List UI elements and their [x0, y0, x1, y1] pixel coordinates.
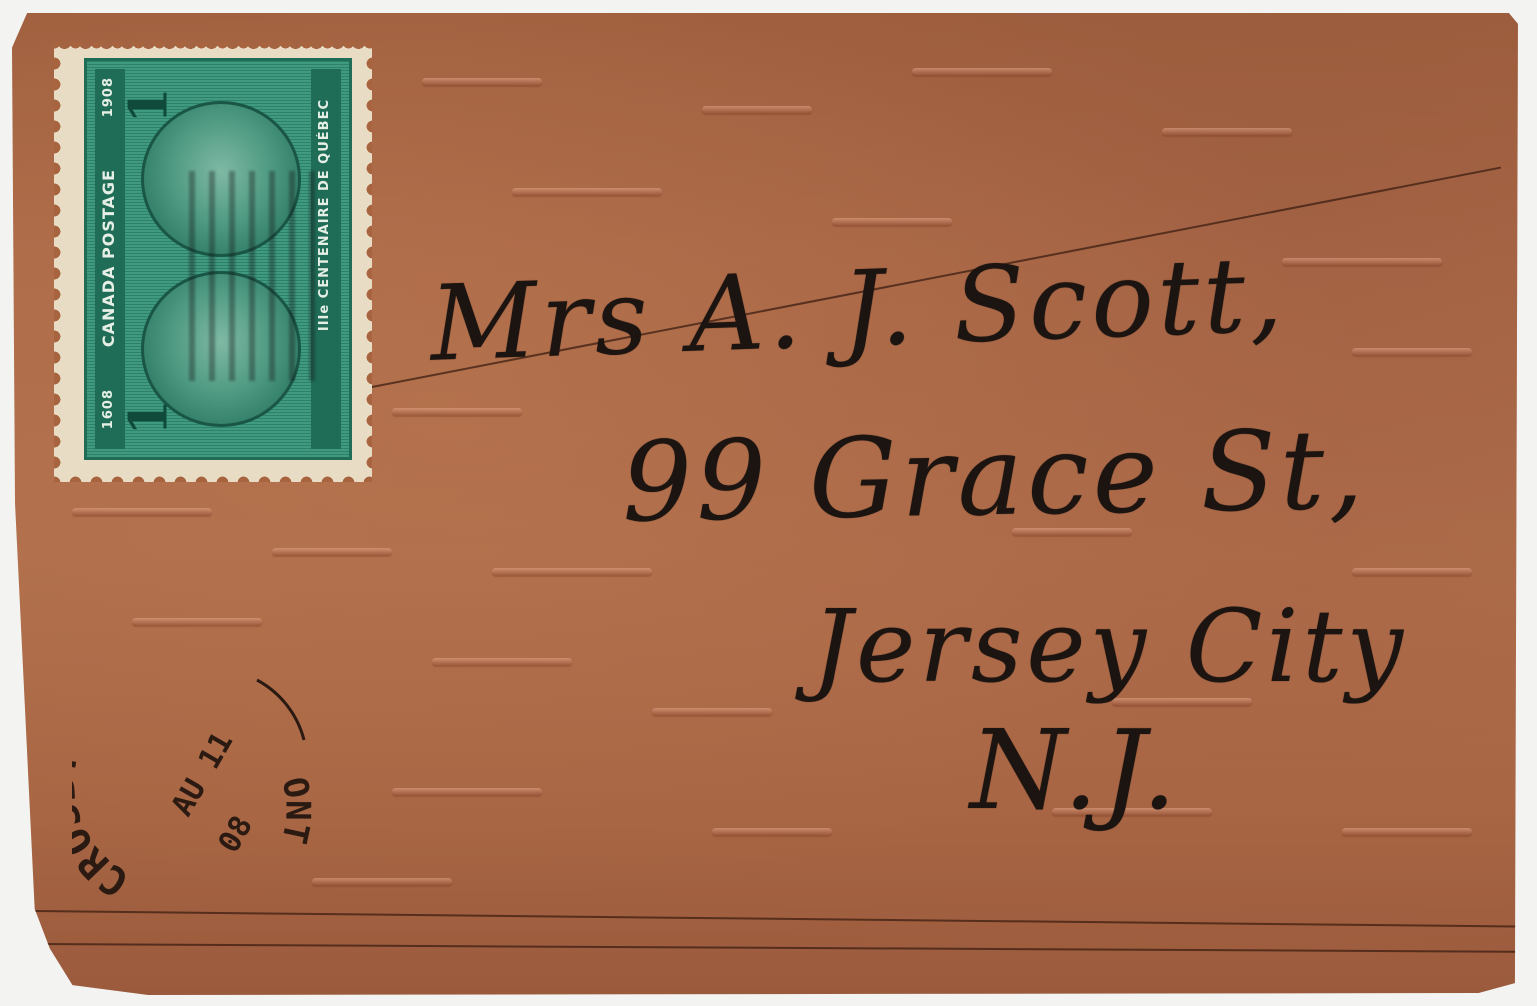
postage-stamp: 1908 CANADA POSTAGE 1608 IIIe CENTENAIRE… [84, 58, 352, 460]
stamp-denomination-bottom: 1 [119, 399, 180, 435]
bark-lenticel [1352, 348, 1472, 355]
bark-lenticel [392, 408, 522, 415]
bark-lenticel [702, 106, 812, 113]
svg-text:CROSBY: CROSBY [72, 747, 137, 900]
bark-lenticel [1342, 828, 1472, 835]
bark-lenticel [312, 878, 452, 885]
stamp-inscription: IIIe CENTENAIRE DE QUÉBEC [317, 99, 332, 331]
bark-lenticel [272, 548, 392, 555]
bark-lenticel [912, 68, 1052, 75]
address-city: Jersey City [812, 588, 1407, 705]
postmark-province: ONT [273, 774, 317, 847]
postmark: CROSBY ONT AU 11 08 [72, 660, 322, 900]
cancellation-bars [175, 171, 315, 381]
bark-lenticel [512, 188, 662, 195]
postmark-date: AU 11 [165, 726, 240, 822]
bark-lenticel [652, 708, 772, 715]
bark-lenticel [1162, 128, 1292, 135]
bark-lenticel [712, 828, 832, 835]
bark-lenticel [1352, 568, 1472, 575]
bark-lenticel [1282, 258, 1442, 265]
address-street: 99 Grace St, [621, 406, 1368, 547]
bark-crack [42, 943, 1522, 953]
bark-crack [32, 910, 1522, 928]
svg-text:ONT: ONT [273, 774, 317, 847]
stamp-denomination-top: 1 [119, 87, 180, 123]
stamp-year-right: 1908 [101, 77, 116, 117]
address-state: N.J. [970, 706, 1181, 834]
postmark-town: CROSBY [72, 747, 137, 900]
bark-lenticel [72, 508, 212, 515]
bark-lenticel [422, 78, 542, 85]
bark-lenticel [832, 218, 952, 225]
bark-lenticel [392, 788, 542, 795]
stamp-right-band: IIIe CENTENAIRE DE QUÉBEC [311, 69, 341, 449]
postmark-year: 08 [212, 810, 260, 859]
bark-lenticel [492, 568, 652, 575]
bark-lenticel [132, 618, 262, 625]
bark-lenticel [432, 658, 572, 665]
stamp-country-text: CANADA POSTAGE [99, 169, 118, 347]
stamp-year-left: 1608 [101, 389, 116, 429]
stamp-left-band: 1908 CANADA POSTAGE 1608 [95, 69, 125, 449]
